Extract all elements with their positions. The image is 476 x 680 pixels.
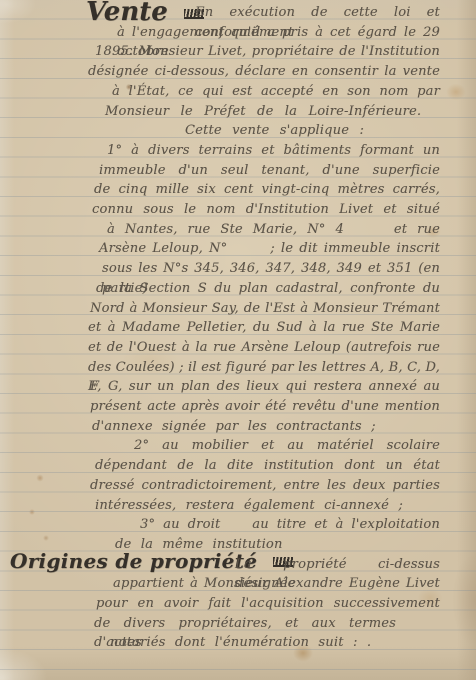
manuscript-text: En exécution de cette loi et conformémen…: [0, 0, 476, 680]
text-line: de la même institution: [115, 535, 440, 555]
text-line: Cette vente s'applique :: [185, 121, 440, 141]
text-line: d'annexe signée par les contractants ;: [92, 417, 440, 437]
text-line: Arsène Leloup, N° ; le dit immeuble insc…: [99, 239, 440, 259]
text-line: et de l'Ouest à la rue Arsène Leloup (au…: [88, 338, 440, 358]
text-line: appartient à Monsieur Alexandre Eugène L…: [113, 574, 440, 594]
text-line: présent acte après avoir été revêtu d'un…: [90, 397, 440, 417]
text-line: immeuble d'un seul tenant, d'une superfi…: [99, 161, 440, 181]
text-line: connu sous le nom d'Institution Livet et…: [92, 200, 440, 220]
text-line: 3° au droit au titre et à l'exploitation: [140, 515, 440, 535]
text-line: 2° au mobilier et au matériel scolaire: [134, 436, 440, 456]
text-line: à Nantes, rue Ste Marie, N° 4 et rue: [107, 220, 440, 240]
text-line: et à Madame Pelletier, du Sud à la rue S…: [88, 318, 440, 338]
text-line: désignée ci-dessous, déclare en consenti…: [88, 62, 440, 82]
text-line: 1° à divers terrains et bâtiments forman…: [107, 141, 440, 161]
text-line: à l'État, ce qui est accepté en son nom …: [112, 82, 440, 102]
manuscript-page: Vente Origines de propriété En exécution…: [0, 0, 476, 680]
text-line: pour en avoir fait l'acquisition success…: [96, 594, 440, 614]
text-line: F, G, sur un plan des lieux qui restera …: [90, 377, 440, 397]
text-line: Nord à Monsieur Say, de l'Est à Monsieur…: [90, 299, 440, 319]
text-line: Monsieur le Préfet de la Loire-Inférieur…: [105, 102, 440, 122]
text-line: dépendant de la dite institution dont un…: [95, 456, 440, 476]
text-line: notariés dont l'énumération suit : .: [110, 633, 440, 653]
text-line: dressé contradictoirement, entre les deu…: [90, 476, 440, 496]
text-line: de cinq mille six cent vingt-cinq mètres…: [94, 180, 440, 200]
text-line: 1895. Monsieur Livet, propriétaire de l'…: [95, 42, 440, 62]
text-line: de la Section S du plan cadastral, confr…: [96, 279, 440, 299]
text-line: intéressées, restera également ci-annexé…: [95, 496, 440, 516]
